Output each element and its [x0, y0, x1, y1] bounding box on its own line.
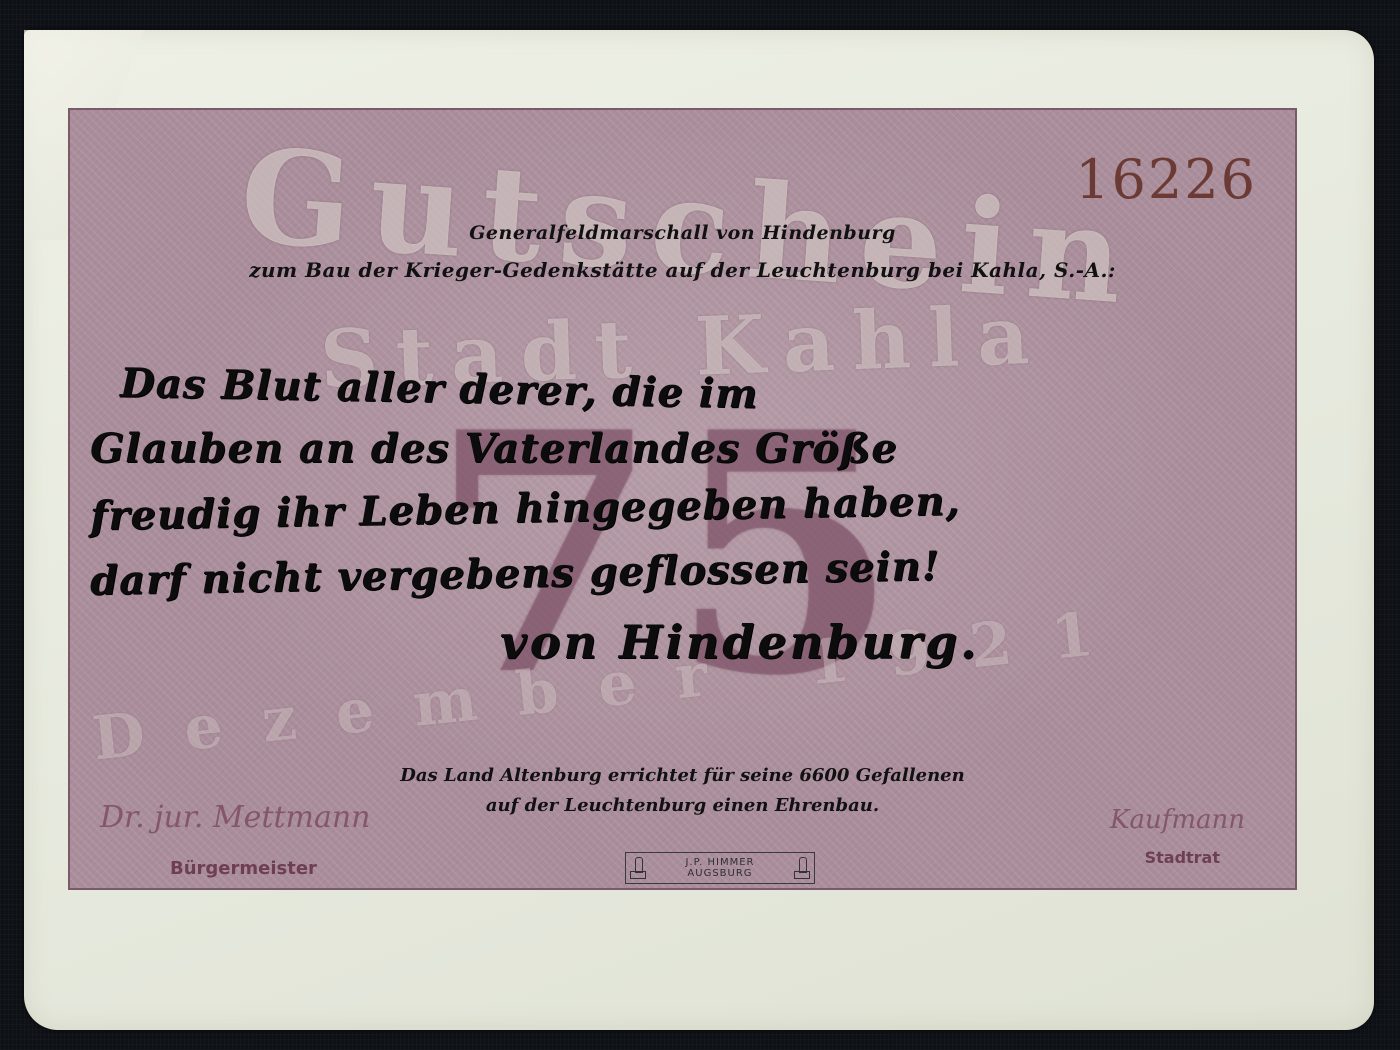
serial-number: 16226 — [1075, 148, 1257, 211]
header-line-1: Generalfeldmarschall von Hindenburg — [70, 222, 1295, 244]
councillor-signature: Kaufmann — [1110, 805, 1245, 835]
printer-city: AUGSBURG — [686, 868, 755, 879]
printer-imprint: J.P. HIMMER AUGSBURG — [625, 852, 815, 884]
mayor-title: Bürgermeister — [170, 858, 317, 879]
printer-imprint-text: J.P. HIMMER AUGSBURG — [686, 857, 755, 879]
hand-stamp-icon — [630, 856, 646, 880]
printed-area: Gutschein Stadt Kahla 75 Dezember 1921 1… — [68, 108, 1297, 890]
hindenburg-signature: von Hindenburg. — [500, 615, 979, 669]
banknote: Gutschein Stadt Kahla 75 Dezember 1921 1… — [24, 30, 1374, 1030]
quote-line-2: Glauben an des Vaterlandes Größe — [90, 425, 898, 472]
header-line-2: zum Bau der Krieger-Gedenkstätte auf der… — [70, 258, 1295, 282]
hand-stamp-icon — [794, 856, 810, 880]
mayor-signature: Dr. jur. Mettmann — [100, 800, 370, 835]
printer-name: J.P. HIMMER — [686, 857, 755, 868]
footer-line-1: Das Land Altenburg errichtet für seine 6… — [70, 765, 1295, 786]
councillor-title: Stadtrat — [1145, 848, 1220, 867]
quote-line-1: Das Blut aller derer, die im — [120, 359, 759, 417]
